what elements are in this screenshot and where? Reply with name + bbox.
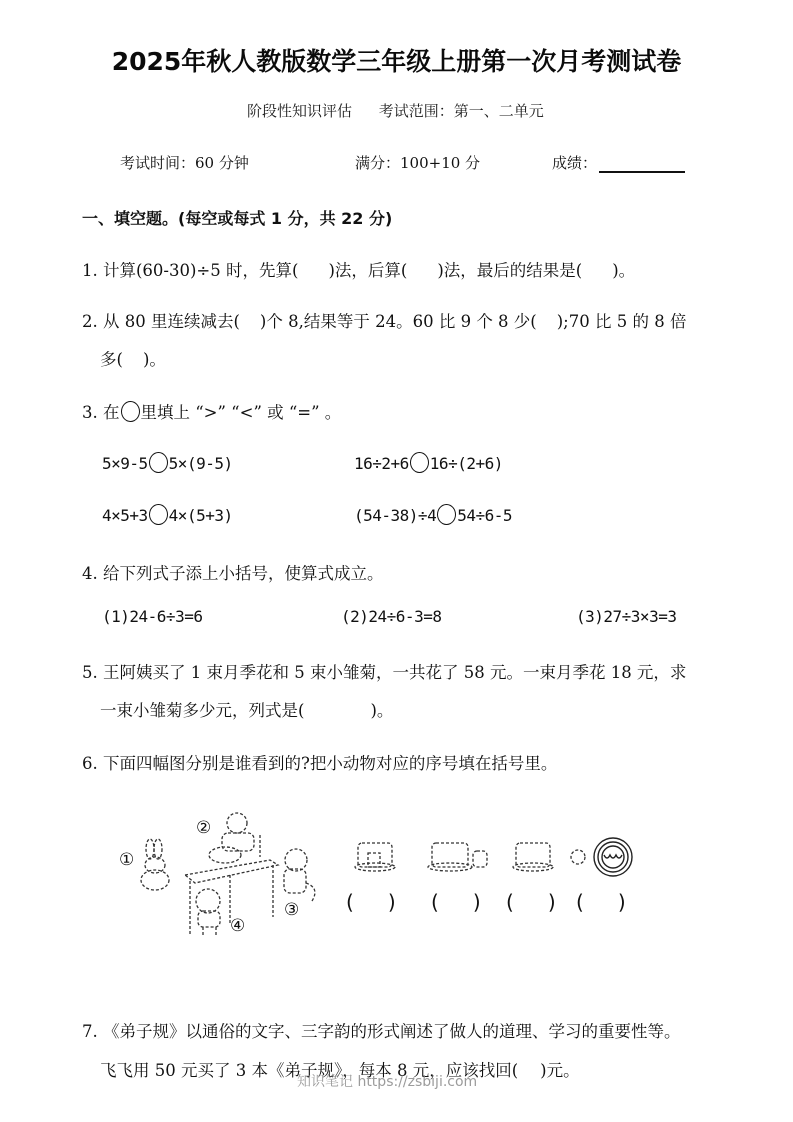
question-2-line-1: 2. 从 80 里连续减去()个 8,结果等于 24。60 比 9 个 8 少(…	[82, 308, 686, 332]
exam-scope: 考试范围：第一、二单元	[379, 102, 544, 120]
label-4: ④	[230, 916, 245, 936]
exam-title: 2025年秋人教版数学三年级上册第一次月考测试卷	[0, 42, 793, 78]
q3-item-2: 16÷2+616÷(2+6)	[354, 452, 503, 473]
q3-item-4: (54-38)÷454÷6-5	[354, 504, 512, 525]
circle-icon	[121, 401, 140, 422]
paren-open: (	[431, 890, 439, 914]
q2-text: 多(	[100, 350, 123, 369]
compare-circle-1[interactable]	[149, 452, 168, 473]
q3-right: 16÷(2+6)	[430, 454, 503, 473]
q3-left: 4×5+3	[102, 506, 148, 525]
q2-text: 2. 从 80 里连续减去(	[82, 312, 240, 331]
q3-text: 3. 在	[82, 403, 120, 422]
watermark: 知识笔记 https://zsbiji.com	[297, 1071, 477, 1091]
q1-text: )。	[612, 261, 635, 280]
q3-left: 16÷2+6	[354, 454, 409, 473]
question-1: 1. 计算(60-30)÷5 时，先算()法，后算()法，最后的结果是()。	[82, 257, 635, 281]
question-6-prompt: 6. 下面四幅图分别是谁看到的?把小动物对应的序号填在括号里。	[82, 750, 557, 774]
paren-close: )	[548, 890, 556, 914]
q5-text: 一束小雏菊多少元，列式是(	[100, 701, 304, 720]
paren-close: )	[618, 890, 626, 914]
paren-close: )	[388, 890, 396, 914]
q3-right: 5×(9-5)	[169, 454, 233, 473]
q4-item-2[interactable]: (2)24÷6-3=8	[341, 607, 441, 626]
q3-item-3: 4×5+34×(5+3)	[102, 504, 233, 525]
question-7-line-1: 7. 《弟子规》以通俗的文字、三字韵的形式阐述了做人的道理、学习的重要性等。	[82, 1018, 681, 1042]
exam-subtitle: 阶段性知识评估 考试范围：第一、二单元	[247, 100, 566, 121]
q1-text: )法，最后的结果是(	[437, 261, 582, 280]
q6-illustration: ① ② ③ ④	[110, 805, 650, 945]
score-label: 成绩：	[552, 154, 597, 172]
question-5-line-1: 5. 王阿姨买了 1 束月季花和 5 束小雏菊，一共花了 58 元。一束月季花 …	[82, 659, 686, 683]
q2-text: )个 8,结果等于 24。60 比 9 个 8 少(	[260, 312, 537, 331]
compare-circle-4[interactable]	[437, 504, 456, 525]
q3-text: 里填上 “>” “<” 或 “=” 。	[141, 403, 342, 422]
q3-right: 4×(5+3)	[169, 506, 233, 525]
paren-close: )	[473, 890, 481, 914]
q6-answer-4[interactable]: ()	[576, 890, 626, 914]
assessment-type: 阶段性知识评估	[247, 102, 352, 120]
q7-text: )元。	[540, 1061, 579, 1080]
q4-item-3[interactable]: (3)27÷3×3=3	[576, 607, 676, 626]
score-blank[interactable]	[599, 157, 685, 173]
score-field: 成绩：	[552, 152, 685, 173]
q6-answer-1[interactable]: ()	[346, 890, 396, 914]
q4-item-1[interactable]: (1)24-6÷3=6	[102, 607, 202, 626]
question-2-line-2: 多()。	[100, 346, 166, 370]
exam-page: 2025年秋人教版数学三年级上册第一次月考测试卷 阶段性知识评估 考试范围：第一…	[0, 0, 793, 1122]
q1-text: )法，后算(	[328, 261, 407, 280]
question-3-prompt: 3. 在里填上 “>” “<” 或 “=” 。	[82, 399, 341, 423]
section-1-heading: 一、填空题。(每空或每式 1 分，共 22 分)	[82, 206, 392, 229]
paren-open: (	[506, 890, 514, 914]
q3-left: (54-38)÷4	[354, 506, 436, 525]
q5-text: )。	[370, 701, 393, 720]
q6-answer-3[interactable]: ()	[506, 890, 556, 914]
label-2: ②	[196, 818, 211, 838]
q2-text: );70 比 5 的 8 倍	[557, 312, 687, 331]
question-5-line-2: 一束小雏菊多少元，列式是()。	[100, 697, 393, 721]
full-score: 满分：100+10 分	[355, 152, 480, 173]
question-4-prompt: 4. 给下列式子添上小括号，使算式成立。	[82, 560, 384, 584]
exam-time: 考试时间：60 分钟	[120, 152, 249, 173]
q2-text: )。	[143, 350, 166, 369]
label-3: ③	[284, 900, 299, 920]
q1-text: 1. 计算(60-30)÷5 时，先算(	[82, 261, 298, 280]
label-1: ①	[119, 850, 134, 870]
compare-circle-2[interactable]	[410, 452, 429, 473]
paren-open: (	[576, 890, 584, 914]
q6-answer-2[interactable]: ()	[431, 890, 481, 914]
table-scene-icon: ① ② ③ ④	[110, 805, 650, 945]
q3-item-1: 5×9-55×(9-5)	[102, 452, 233, 473]
paren-open: (	[346, 890, 354, 914]
q3-right: 54÷6-5	[457, 506, 512, 525]
q3-left: 5×9-5	[102, 454, 148, 473]
compare-circle-3[interactable]	[149, 504, 168, 525]
